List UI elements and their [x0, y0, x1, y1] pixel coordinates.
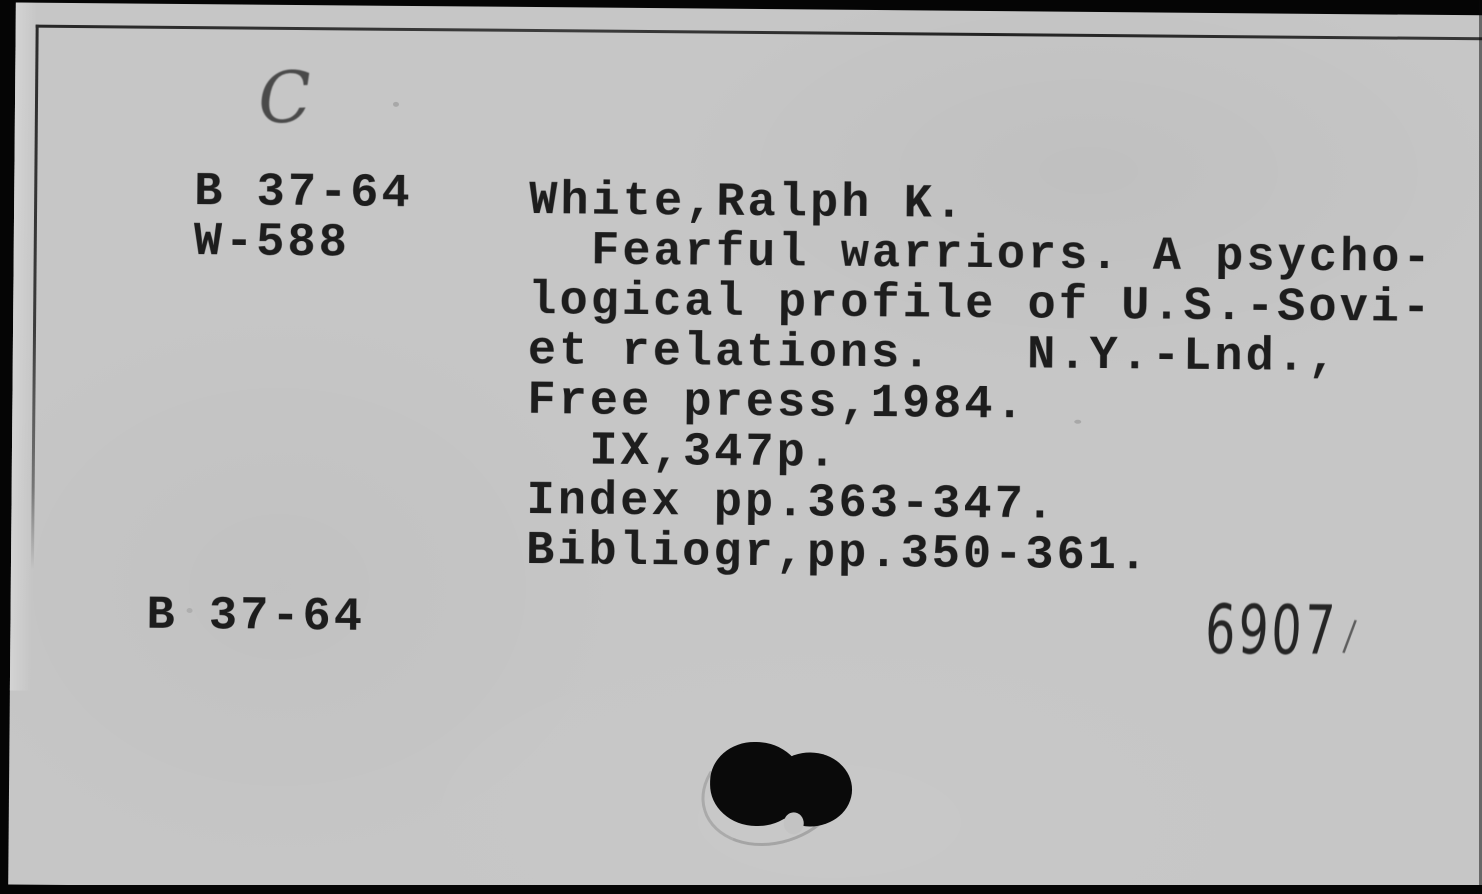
scan-speck — [393, 102, 399, 107]
scan-speck — [1074, 420, 1081, 424]
footer-call-number: B 37-64 — [146, 592, 365, 644]
call-number-top: B 37-64 — [194, 168, 413, 220]
scan-border-bottom — [0, 885, 1482, 894]
punch-hole-blob-right — [768, 752, 853, 827]
catalog-card-scan: C B 37-64 W-588 White,Ralph K. Fearful w… — [0, 0, 1482, 894]
catalog-card: C B 37-64 W-588 White,Ralph K. Fearful w… — [8, 3, 1482, 894]
bibliographic-entry: White,Ralph K. Fearful warriors. A psych… — [526, 177, 1434, 585]
card-frame-line-top — [36, 25, 1482, 41]
accession-number: 6907/ — [1204, 597, 1359, 666]
accession-number-digits: 6907 — [1203, 591, 1339, 671]
scan-speck — [187, 608, 193, 613]
call-number-block: B 37-64 W-588 — [194, 168, 413, 270]
accession-tick-mark: / — [1342, 614, 1360, 658]
punch-hole-notch — [784, 812, 804, 834]
call-number-bottom: W-588 — [194, 218, 413, 270]
entry-line-bibliogr-note: Bibliogr,pp.350-361. — [526, 527, 1431, 585]
handwritten-class-mark: C — [257, 62, 314, 134]
punch-hole — [710, 738, 863, 837]
